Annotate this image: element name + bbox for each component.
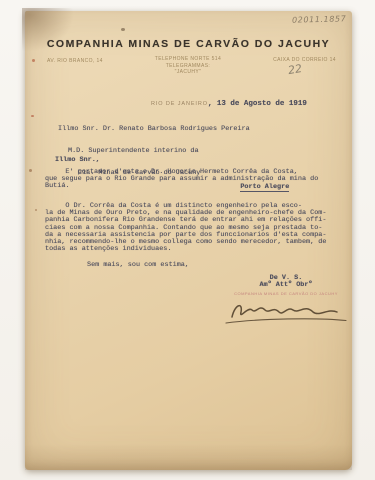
signature-courtesy-line-2: Amº Attº Obrº <box>219 282 353 289</box>
paper-speck <box>31 115 34 117</box>
paper-stain <box>25 444 352 470</box>
letterhead-po-box: CAIXA DO CORREIO 14 <box>273 57 336 64</box>
date-city-printed: RIO DE JANEIRO <box>151 101 208 107</box>
body-paragraph-1: E' portador d'esta o Dr. Honorio Hermeto… <box>45 169 318 191</box>
letterhead-telegrams-value: "JACUHY" <box>155 69 221 76</box>
letterhead-contacts: TELEPHONE NORTE 514 TELEGRAMMAS: "JACUHY… <box>155 56 221 76</box>
letter-page: 02011.1857 COMPANHIA MINAS DE CARVÃO DO … <box>25 11 352 470</box>
letterhead-company-name: COMPANHIA MINAS DE CARVÃO DO JACUHY <box>25 38 352 50</box>
letterhead-phone: TELEPHONE NORTE 514 <box>155 56 221 63</box>
paper-speck <box>29 169 32 172</box>
recipient-name: Illmo Snr. Dr. Renato Barbosa Rodrigues … <box>58 126 289 133</box>
archive-number-handwritten: 02011.1857 <box>292 14 347 24</box>
handwritten-signature <box>222 297 350 329</box>
recipient-title: M.D. Superintendente interino da <box>68 148 289 155</box>
body-paragraph-2: O Dr. Corrêa da Costa é um distincto eng… <box>45 203 326 253</box>
paper-speck <box>35 209 37 211</box>
salutation: Illmo Snr., <box>55 157 100 164</box>
signature-block: De V. S. Amº Attº Obrº COMPANHIA MINAS D… <box>219 275 353 329</box>
company-stamp-text: COMPANHIA MINAS DE CARVÃO DO JACUHY <box>219 291 353 296</box>
date-line: RIO DE JANEIRO, 13 de Agosto de 1919 <box>151 92 307 110</box>
letterhead-address: AV. RIO BRANCO, 14 <box>47 58 103 65</box>
paper-speck <box>121 28 125 31</box>
closing-line: Sem mais, sou com estima, <box>87 262 189 269</box>
letterhead-subheader: AV. RIO BRANCO, 14 TELEPHONE NORTE 514 T… <box>25 56 352 76</box>
pencil-annotation: 22 <box>287 62 303 77</box>
date-typed: , 13 de Agosto de 1919 <box>208 100 307 108</box>
